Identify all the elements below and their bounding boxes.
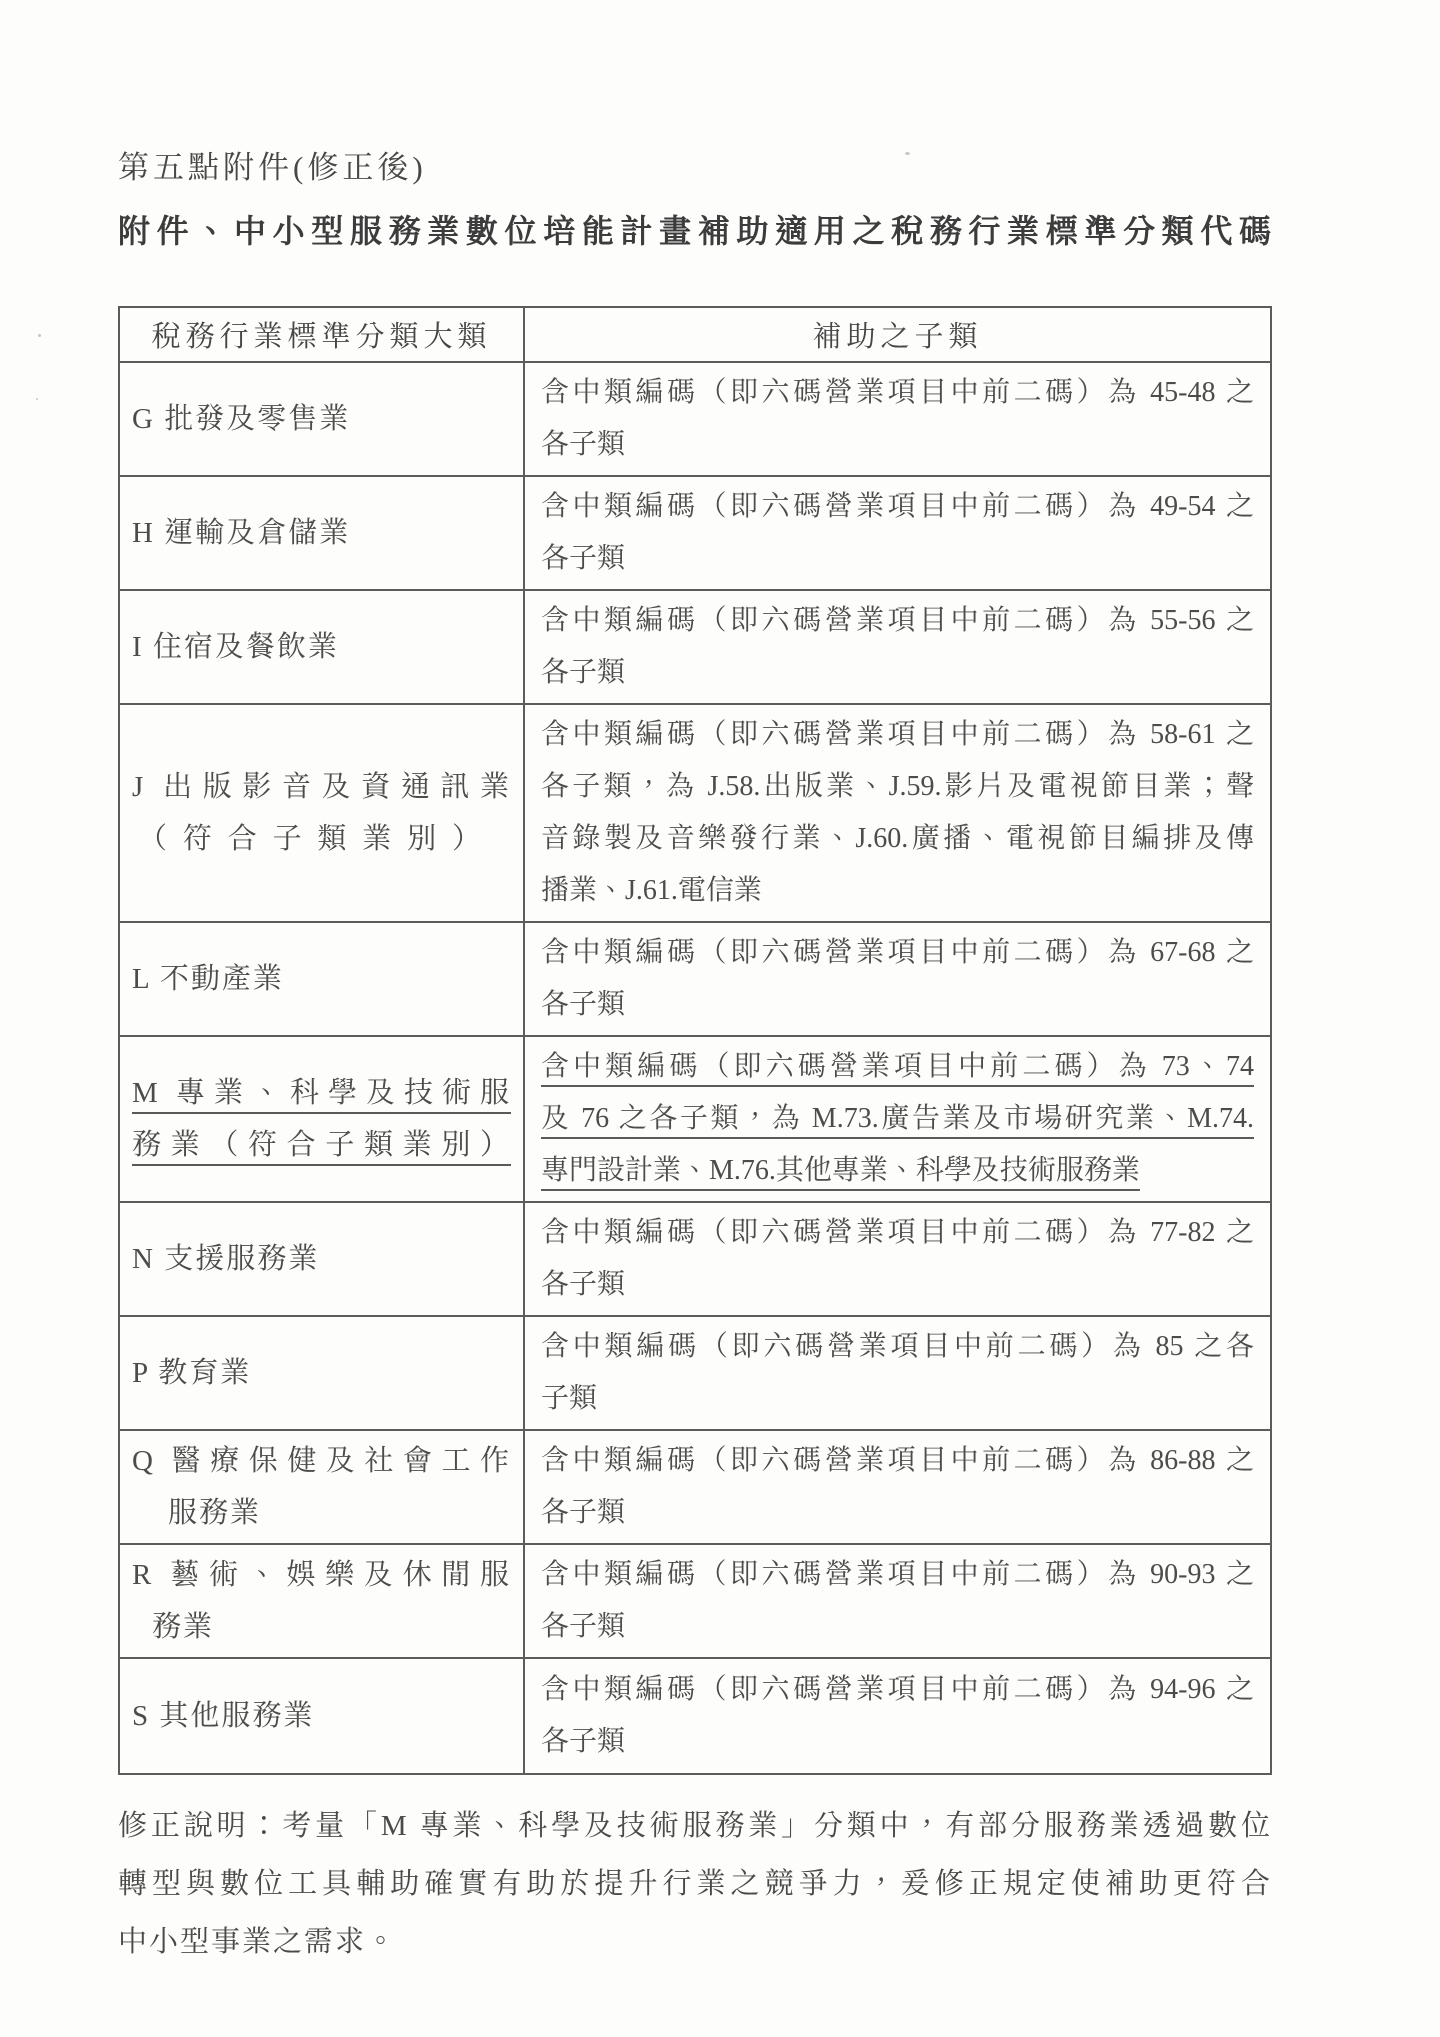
category-cell: P 教育業	[119, 1316, 524, 1430]
category-line: （符合子類業別）	[132, 813, 511, 865]
subsidy-line: 各子類，為 J.58.出版業、J.59.影片及電視節目業；聲	[541, 761, 1254, 813]
table-row: Q 醫療保健及社會工作服務業含中類編碼（即六碼營業項目中前二碼）為 86-88 …	[119, 1430, 1271, 1544]
amendment-note-line: 修正說明：考量「M 專業、科學及技術服務業」分類中，有部分服務業透過數位	[118, 1797, 1272, 1855]
page-title: 第五點附件(修正後)	[118, 146, 1272, 190]
subsidy-line: 含中類編碼（即六碼營業項目中前二碼）為 90-93 之	[541, 1549, 1254, 1601]
subsidy-cell: 含中類編碼（即六碼營業項目中前二碼）為 86-88 之各子類	[524, 1430, 1271, 1544]
table-row: P 教育業含中類編碼（即六碼營業項目中前二碼）為 85 之各子類	[119, 1316, 1271, 1430]
subsidy-line: 含中類編碼（即六碼營業項目中前二碼）為 55-56 之	[541, 595, 1254, 647]
subsidy-line: 各子類	[541, 1259, 1254, 1311]
category-line: 務業（符合子類業別）	[132, 1119, 511, 1171]
category-cell: M 專業、科學及技術服務業（符合子類業別）	[119, 1036, 524, 1202]
subsidy-cell: 含中類編碼（即六碼營業項目中前二碼）為 85 之各子類	[524, 1316, 1271, 1430]
subsidy-cell: 含中類編碼（即六碼營業項目中前二碼）為 67-68 之各子類	[524, 922, 1271, 1036]
table-header-category: 稅務行業標準分類大類	[119, 307, 524, 362]
subsidy-line: 音錄製及音樂發行業、J.60.廣播、電視節目編排及傳	[541, 813, 1254, 865]
subsidy-cell: 含中類編碼（即六碼營業項目中前二碼）為 73、74及 76 之各子類，為 M.7…	[524, 1036, 1271, 1202]
subsidy-line: 各子類	[541, 533, 1254, 585]
subsidy-line: 含中類編碼（即六碼營業項目中前二碼）為 45-48 之	[541, 367, 1254, 419]
table-row: N 支援服務業含中類編碼（即六碼營業項目中前二碼）為 77-82 之各子類	[119, 1202, 1271, 1316]
subsidy-line: 各子類	[541, 419, 1254, 471]
category-cell: N 支援服務業	[119, 1202, 524, 1316]
table-row: M 專業、科學及技術服務業（符合子類業別）含中類編碼（即六碼營業項目中前二碼）為…	[119, 1036, 1271, 1202]
subsidy-line: 含中類編碼（即六碼營業項目中前二碼）為 94-96 之	[541, 1664, 1254, 1716]
subsidy-line: 各子類	[541, 647, 1254, 699]
category-line: I 住宿及餐飲業	[132, 621, 511, 673]
table-body: G 批發及零售業含中類編碼（即六碼營業項目中前二碼）為 45-48 之各子類H …	[119, 362, 1271, 1774]
table-header-row: 稅務行業標準分類大類 補助之子類	[119, 307, 1271, 362]
category-line: N 支援服務業	[132, 1233, 511, 1285]
scan-speck	[36, 398, 38, 400]
subsidy-line: 子類	[541, 1373, 1254, 1425]
category-cell: Q 醫療保健及社會工作服務業	[119, 1430, 524, 1544]
classification-table: 稅務行業標準分類大類 補助之子類 G 批發及零售業含中類編碼（即六碼營業項目中前…	[118, 306, 1272, 1775]
subsidy-line: 含中類編碼（即六碼營業項目中前二碼）為 49-54 之	[541, 481, 1254, 533]
subsidy-cell: 含中類編碼（即六碼營業項目中前二碼）為 55-56 之各子類	[524, 590, 1271, 704]
subsidy-line: 各子類	[541, 1487, 1254, 1539]
subsidy-line: 各子類	[541, 1716, 1254, 1768]
category-line: L 不動產業	[132, 953, 511, 1005]
subsidy-cell: 含中類編碼（即六碼營業項目中前二碼）為 77-82 之各子類	[524, 1202, 1271, 1316]
table-row: G 批發及零售業含中類編碼（即六碼營業項目中前二碼）為 45-48 之各子類	[119, 362, 1271, 476]
subsidy-line: 及 76 之各子類，為 M.73.廣告業及市場研究業、M.74.	[541, 1093, 1254, 1145]
table-row: L 不動產業含中類編碼（即六碼營業項目中前二碼）為 67-68 之各子類	[119, 922, 1271, 1036]
subsidy-line: 各子類	[541, 979, 1254, 1031]
attachment-title: 附件、中小型服務業數位培能計畫補助適用之稅務行業標準分類代碼	[118, 208, 1272, 254]
table-row: J 出版影音及資通訊業（符合子類業別）含中類編碼（即六碼營業項目中前二碼）為 5…	[119, 704, 1271, 922]
scanned-document-page: 第五點附件(修正後) 附件、中小型服務業數位培能計畫補助適用之稅務行業標準分類代…	[0, 0, 1440, 2037]
category-line: J 出版影音及資通訊業	[132, 761, 511, 813]
scan-speck	[38, 334, 41, 337]
category-line: P 教育業	[132, 1347, 511, 1399]
category-cell: J 出版影音及資通訊業（符合子類業別）	[119, 704, 524, 922]
category-cell: S 其他服務業	[119, 1658, 524, 1774]
category-line: R 藝術、娛樂及休閒服	[132, 1549, 511, 1601]
category-cell: R 藝術、娛樂及休閒服務業	[119, 1544, 524, 1658]
amendment-note: 修正說明：考量「M 專業、科學及技術服務業」分類中，有部分服務業透過數位轉型與數…	[118, 1797, 1272, 1971]
subsidy-line: 專門設計業、M.76.其他專業、科學及技術服務業	[541, 1145, 1254, 1197]
category-line: Q 醫療保健及社會工作	[132, 1435, 511, 1487]
category-cell: G 批發及零售業	[119, 362, 524, 476]
subsidy-cell: 含中類編碼（即六碼營業項目中前二碼）為 94-96 之各子類	[524, 1658, 1271, 1774]
category-cell: L 不動產業	[119, 922, 524, 1036]
category-line: 務業	[132, 1601, 511, 1653]
table-row: I 住宿及餐飲業含中類編碼（即六碼營業項目中前二碼）為 55-56 之各子類	[119, 590, 1271, 704]
subsidy-line: 含中類編碼（即六碼營業項目中前二碼）為 85 之各	[541, 1321, 1254, 1373]
subsidy-line: 含中類編碼（即六碼營業項目中前二碼）為 67-68 之	[541, 927, 1254, 979]
table-row: H 運輸及倉儲業含中類編碼（即六碼營業項目中前二碼）為 49-54 之各子類	[119, 476, 1271, 590]
subsidy-cell: 含中類編碼（即六碼營業項目中前二碼）為 45-48 之各子類	[524, 362, 1271, 476]
table-header-subsidy: 補助之子類	[524, 307, 1271, 362]
subsidy-line: 各子類	[541, 1601, 1254, 1653]
category-line: S 其他服務業	[132, 1690, 511, 1742]
subsidy-cell: 含中類編碼（即六碼營業項目中前二碼）為 90-93 之各子類	[524, 1544, 1271, 1658]
document-content: 第五點附件(修正後) 附件、中小型服務業數位培能計畫補助適用之稅務行業標準分類代…	[118, 146, 1272, 1971]
category-cell: I 住宿及餐飲業	[119, 590, 524, 704]
subsidy-line: 含中類編碼（即六碼營業項目中前二碼）為 58-61 之	[541, 709, 1254, 761]
subsidy-cell: 含中類編碼（即六碼營業項目中前二碼）為 58-61 之各子類，為 J.58.出版…	[524, 704, 1271, 922]
subsidy-line: 含中類編碼（即六碼營業項目中前二碼）為 77-82 之	[541, 1207, 1254, 1259]
category-line: 服務業	[132, 1487, 511, 1539]
category-cell: H 運輸及倉儲業	[119, 476, 524, 590]
table-row: R 藝術、娛樂及休閒服務業含中類編碼（即六碼營業項目中前二碼）為 90-93 之…	[119, 1544, 1271, 1658]
subsidy-line: 含中類編碼（即六碼營業項目中前二碼）為 73、74	[541, 1041, 1254, 1093]
amendment-note-line: 中小型事業之需求。	[118, 1913, 1272, 1971]
amendment-note-line: 轉型與數位工具輔助確實有助於提升行業之競爭力，爰修正規定使補助更符合	[118, 1855, 1272, 1913]
subsidy-line: 含中類編碼（即六碼營業項目中前二碼）為 86-88 之	[541, 1435, 1254, 1487]
table-row: S 其他服務業含中類編碼（即六碼營業項目中前二碼）為 94-96 之各子類	[119, 1658, 1271, 1774]
subsidy-line: 播業、J.61.電信業	[541, 865, 1254, 917]
subsidy-cell: 含中類編碼（即六碼營業項目中前二碼）為 49-54 之各子類	[524, 476, 1271, 590]
category-line: G 批發及零售業	[132, 393, 511, 445]
category-line: M 專業、科學及技術服	[132, 1067, 511, 1119]
category-line: H 運輸及倉儲業	[132, 507, 511, 559]
